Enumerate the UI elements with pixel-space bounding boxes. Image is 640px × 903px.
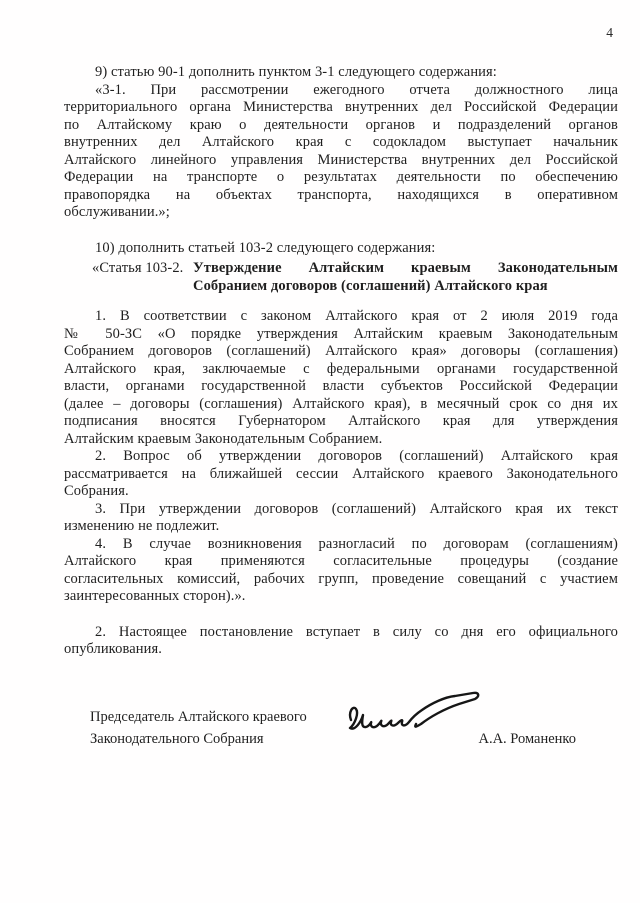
article-heading: «Статья 103-2. Утверждение Алтайским кра… <box>64 260 618 295</box>
text-line: правопорядка на объектах транспорта, нах… <box>64 187 618 205</box>
text-line: № 50-ЗС «О порядке утверждения Алтайским… <box>64 326 618 344</box>
text-line: власти, органами государственной власти … <box>64 378 618 396</box>
text-line: заинтересованных сторон).». <box>64 588 618 606</box>
text-line: Собрания. <box>64 483 618 501</box>
text-line: территориального органа Министерства вну… <box>64 99 618 117</box>
text-line: Алтайского края, заключаемые с федеральн… <box>64 361 618 379</box>
signer-name: А.А. Романенко <box>478 728 576 750</box>
signer-position-line: Председатель Алтайского краевого <box>90 706 307 728</box>
text-line: согласительных комиссий, рабочих групп, … <box>64 571 618 589</box>
document-page: 4 9) статью 90-1 дополнить пунктом 3-1 с… <box>0 0 640 903</box>
text-line: изменению не подлежит. <box>64 518 618 536</box>
article-title-line: Утверждение Алтайским краевым Законодате… <box>193 260 618 278</box>
text-line: 3. При утверждении договоров (соглашений… <box>64 501 618 519</box>
text-line: по Алтайскому краю о деятельности органо… <box>64 117 618 135</box>
paragraph-clause-2: 2. Вопрос об утверждении договоров (согл… <box>64 448 618 501</box>
text-line: 10) дополнить статьей 103-2 следующего с… <box>64 240 618 258</box>
text-line: Собранием договоров (соглашений) Алтайск… <box>64 343 618 361</box>
text-line: 2. Настоящее постановление вступает в си… <box>64 624 618 642</box>
paragraph-entry-into-force: 2. Настоящее постановление вступает в си… <box>64 624 618 659</box>
signature-block: Председатель Алтайского краевого Законод… <box>64 706 618 786</box>
signer-position-line: Законодательного Собрания <box>90 728 307 750</box>
text-line: рассматривается на ближайшей сессии Алта… <box>64 466 618 484</box>
text-line: Алтайского линейного управления Министер… <box>64 152 618 170</box>
paragraph-clause-4: 4. В случае возникновения разногласий по… <box>64 536 618 606</box>
paragraph-clause-3: 3. При утверждении договоров (соглашений… <box>64 501 618 536</box>
article-title-line: Собранием договоров (соглашений) Алтайск… <box>193 278 618 296</box>
text-line: опубликования. <box>64 641 618 659</box>
text-line: внутренних дел Алтайского края с содокла… <box>64 134 618 152</box>
handwritten-signature-icon <box>342 690 492 740</box>
text-line: (далее – договоры (соглашения) Алтайског… <box>64 396 618 414</box>
text-line: 4. В случае возникновения разногласий по… <box>64 536 618 554</box>
text-line: Алтайского края применяются согласительн… <box>64 553 618 571</box>
paragraph-clause-1: 1. В соответствии с законом Алтайского к… <box>64 308 618 448</box>
text-line: 2. Вопрос об утверждении договоров (согл… <box>64 448 618 466</box>
text-line: 1. В соответствии с законом Алтайского к… <box>64 308 618 326</box>
text-line: подписания вносятся Губернатором Алтайск… <box>64 413 618 431</box>
text-line: Алтайским краевым Законодательным Собран… <box>64 431 618 449</box>
document-body: 9) статью 90-1 дополнить пунктом 3-1 сле… <box>64 64 618 659</box>
text-line: «3-1. При рассмотрении ежегодного отчета… <box>64 82 618 100</box>
paragraph-item-9: 9) статью 90-1 дополнить пунктом 3-1 сле… <box>64 64 618 82</box>
article-number: «Статья 103-2. <box>92 260 183 278</box>
signer-position: Председатель Алтайского краевого Законод… <box>90 706 307 750</box>
text-line: обслуживании.»; <box>64 204 618 222</box>
paragraph-point-3-1: «3-1. При рассмотрении ежегодного отчета… <box>64 82 618 222</box>
text-line: Федерации на транспорте о результатах де… <box>64 169 618 187</box>
text-line: 9) статью 90-1 дополнить пунктом 3-1 сле… <box>64 64 618 82</box>
paragraph-item-10: 10) дополнить статьей 103-2 следующего с… <box>64 240 618 258</box>
page-number: 4 <box>606 25 613 41</box>
